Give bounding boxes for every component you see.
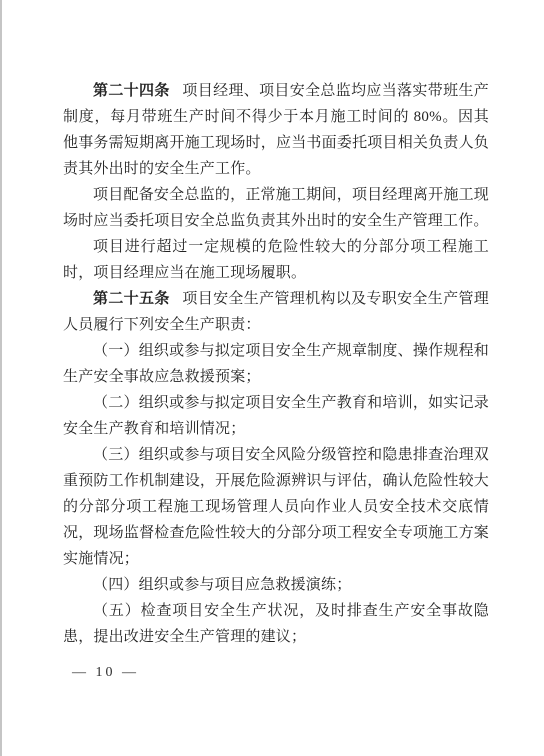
paragraph-text: （三）组织或参与项目安全风险分级管控和隐患排查治理双重预防工作机制建设，开展危险…: [63, 447, 489, 567]
paragraph: 项目进行超过一定规模的危险性较大的分部分项工程施工时，项目经理应当在施工现场履职…: [63, 234, 489, 286]
paragraph-text: 项目配备安全总监的，正常施工期间，项目经理离开施工现场时应当委托项目安全总监负责…: [63, 187, 489, 229]
paragraph-text: （一）组织或参与拟定项目安全生产规章制度、操作规程和生产安全事故应急救援预案；: [63, 343, 489, 385]
paragraph-text: （二）组织或参与拟定项目安全生产教育和培训，如实记录安全生产教育和培训情况；: [63, 395, 489, 437]
paragraph: （二）组织或参与拟定项目安全生产教育和培训，如实记录安全生产教育和培训情况；: [63, 390, 489, 442]
paragraph-text: （四）组织或参与项目应急救援演练；: [93, 577, 351, 593]
document-body: 第二十四条项目经理、项目安全总监均应当落实带班生产制度，每月带班生产时间不得少于…: [63, 78, 489, 650]
page-number: — 10 —: [72, 662, 139, 684]
paragraph: （五）检查项目安全生产状况，及时排查生产安全事故隐患，提出改进安全生产管理的建议…: [63, 598, 489, 650]
paragraph: （一）组织或参与拟定项目安全生产规章制度、操作规程和生产安全事故应急救援预案；: [63, 338, 489, 390]
paragraph: （四）组织或参与项目应急救援演练；: [63, 572, 489, 598]
paragraph: 第二十五条项目安全生产管理机构以及专职安全生产管理人员履行下列安全生产职责：: [63, 286, 489, 338]
paragraph: （三）组织或参与项目安全风险分级管控和隐患排查治理双重预防工作机制建设，开展危险…: [63, 442, 489, 572]
paragraph: 第二十四条项目经理、项目安全总监均应当落实带班生产制度，每月带班生产时间不得少于…: [63, 78, 489, 182]
article-number: 第二十四条: [93, 83, 170, 99]
document-page: 第二十四条项目经理、项目安全总监均应当落实带班生产制度，每月带班生产时间不得少于…: [0, 0, 544, 756]
article-number: 第二十五条: [93, 291, 170, 307]
paragraph-text: 项目进行超过一定规模的危险性较大的分部分项工程施工时，项目经理应当在施工现场履职…: [63, 239, 489, 281]
paragraph: 项目配备安全总监的，正常施工期间，项目经理离开施工现场时应当委托项目安全总监负责…: [63, 182, 489, 234]
paragraph-text: （五）检查项目安全生产状况，及时排查生产安全事故隐患，提出改进安全生产管理的建议…: [63, 603, 489, 645]
